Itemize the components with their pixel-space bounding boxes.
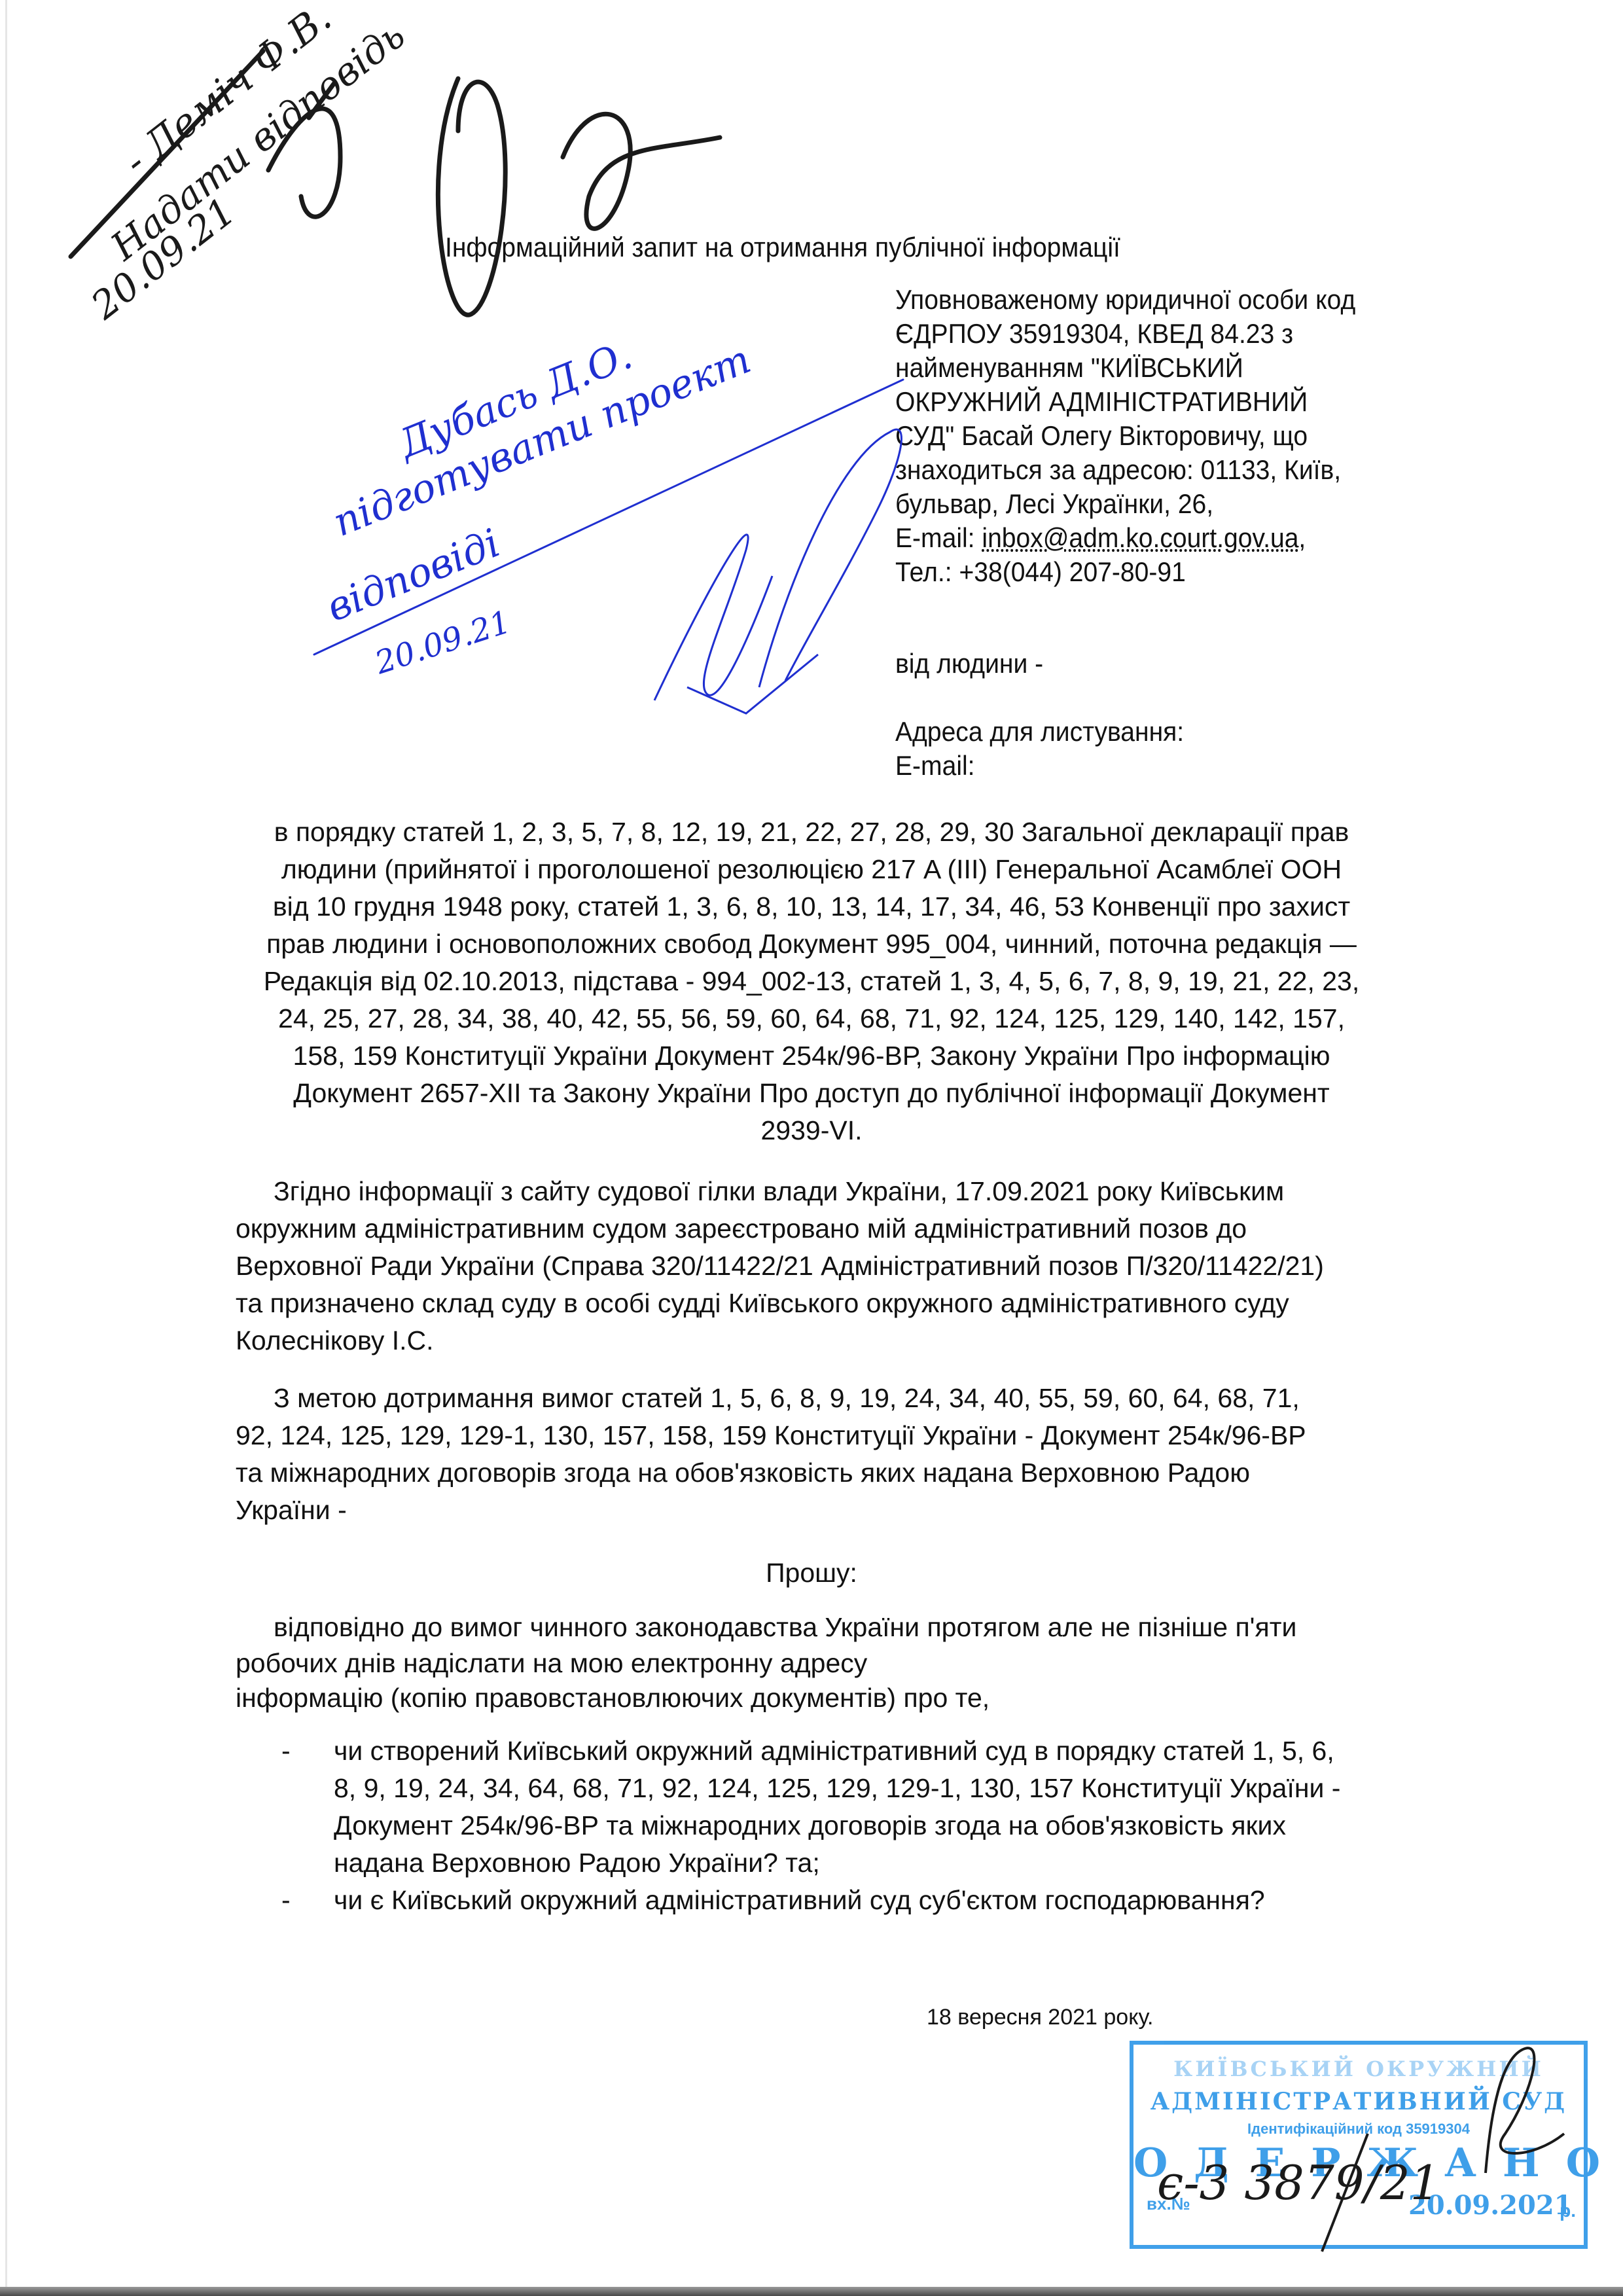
paragraph-line: від 10 грудня 1948 року, статей 1, 3, 6,…	[236, 888, 1387, 925]
paragraph-line: інформацію (копію правовстановлюючих док…	[236, 1681, 1387, 1715]
resolution-annotation-icon: - Деміч Ф.В. Надати відповідь 20.09.21	[71, 0, 720, 329]
addressee-email-line: E-mail: inbox@adm.ko.court.gov.ua,	[895, 521, 1443, 555]
paragraph-line: відповідно до вимог чинного законодавств…	[236, 1609, 1387, 1646]
paragraph-line: Колеснікову І.С.	[236, 1322, 1387, 1359]
scanned-document-page: Інформаційний запит на отримання публічн…	[0, 0, 1623, 2296]
paragraph-line: 158, 159 Конституції України Документ 25…	[236, 1037, 1387, 1075]
email-suffix: ,	[1298, 522, 1306, 553]
question-line: 8, 9, 19, 24, 34, 64, 68, 71, 92, 124, 1…	[334, 1770, 1452, 1807]
scan-left-edge	[5, 0, 7, 2296]
svg-text:Надати відповідь: Надати відповідь	[102, 12, 413, 269]
question-item: - чи є Київський окружний адміністративн…	[274, 1882, 1452, 1919]
paragraph-line: З метою дотримання вимог статей 1, 5, 6,…	[236, 1380, 1387, 1417]
paragraph-line: робочих днів надіслати на мою електронну…	[236, 1646, 1387, 1681]
bullet-dash: -	[281, 1732, 291, 1770]
questions-list: - чи створений Київський окружний адміні…	[274, 1732, 1452, 1919]
question-item: - чи створений Київський окружний адміні…	[274, 1732, 1452, 1882]
paragraph-line: та міжнародних договорів згода на обов'я…	[236, 1454, 1387, 1492]
svg-text:- Деміч Ф.В.: - Деміч Ф.В.	[115, 0, 340, 185]
svg-text:20.09.21: 20.09.21	[82, 188, 243, 328]
blue-strike-line-icon	[314, 380, 903, 655]
addressee-phone: Тел.: +38(044) 207-80-91	[895, 555, 1443, 589]
paragraph-line: України -	[236, 1492, 1387, 1529]
paragraph-line: 24, 25, 27, 28, 34, 38, 40, 42, 55, 56, …	[236, 1000, 1387, 1037]
svg-text:підготувати проект: підготувати проект	[327, 336, 757, 546]
svg-text:20.09.21: 20.09.21	[370, 603, 515, 682]
addressee-line: ОКРУЖНИЙ АДМІНІСТРАТИВНИЙ	[895, 385, 1443, 419]
paragraph-line: прав людини і основоположних свобод Доку…	[236, 925, 1387, 963]
addressee-line: Уповноваженому юридичної особи код	[895, 283, 1443, 317]
stamp-court-name-line2: АДМІНІСТРАТИВНИЙ СУД	[1133, 2088, 1584, 2115]
request-paragraph: відповідно до вимог чинного законодавств…	[236, 1609, 1387, 1715]
svg-text:Дубась Д.О.: Дубась Д.О.	[391, 332, 639, 468]
addressee-line: СУД" Басай Олегу Вікторовичу, що	[895, 419, 1443, 453]
sender-block: від людини - Адреса для листування: E-ma…	[895, 647, 1321, 783]
received-stamp: КИЇВСЬКИЙ ОКРУЖНИЙ АДМІНІСТРАТИВНИЙ СУД …	[1130, 2041, 1588, 2249]
question-line: надана Верховною Радою України? та;	[334, 1844, 1452, 1882]
email-label: E-mail:	[895, 522, 982, 553]
svg-text:відповіді: відповіді	[320, 520, 506, 631]
stamp-court-name-line1: КИЇВСЬКИЙ ОКРУЖНИЙ	[1133, 2056, 1584, 2081]
paragraph-line: Згідно інформації з сайту судової гілки …	[236, 1173, 1387, 1210]
stamp-incoming-label: вх.№	[1147, 2194, 1190, 2214]
addressee-line: ЄДРПОУ 35919304, КВЕД 84.23 з	[895, 317, 1443, 351]
purpose-paragraph: З метою дотримання вимог статей 1, 5, 6,…	[236, 1380, 1387, 1529]
request-heading: Прошу:	[0, 1554, 1623, 1592]
court-email-link[interactable]: inbox@adm.ko.court.gov.ua	[982, 522, 1298, 553]
executor-note-icon: Дубась Д.О. підготувати проект відповіді…	[320, 332, 757, 682]
legal-basis-paragraph: в порядку статей 1, 2, 3, 5, 7, 8, 12, 1…	[236, 814, 1387, 1149]
signature-icon	[654, 429, 901, 713]
case-background-paragraph: Згідно інформації з сайту судової гілки …	[236, 1173, 1387, 1359]
question-line: чи є Київський окружний адміністративний…	[334, 1882, 1452, 1919]
addressee-line: бульвар, Лесі Українки, 26,	[895, 487, 1443, 521]
scan-bottom-edge	[0, 2287, 1623, 2296]
paragraph-line: Редакція від 02.10.2013, підстава - 994_…	[236, 963, 1387, 1000]
paragraph-line: Документ 2657-XII та Закону України Про …	[236, 1075, 1387, 1112]
paragraph-line: окружним адміністративним судом зареєстр…	[236, 1210, 1387, 1247]
bullet-dash: -	[281, 1882, 291, 1919]
question-line: чи створений Київський окружний адмініст…	[334, 1732, 1452, 1770]
paragraph-line: та призначено склад суду в особі судді К…	[236, 1285, 1387, 1322]
stamp-received-date: 20.09.2021	[1408, 2190, 1573, 2221]
stamp-year-suffix: р.	[1560, 2200, 1576, 2221]
stamp-received-label: ОДЕРЖАНО	[1133, 2140, 1584, 2186]
addressee-line: знаходиться за адресою: 01133, Київ,	[895, 453, 1443, 487]
paragraph-line: в порядку статей 1, 2, 3, 5, 7, 8, 12, 1…	[236, 814, 1387, 851]
paragraph-line: 2939-VI.	[236, 1112, 1387, 1149]
addressee-line: найменуванням "КИЇВСЬКИЙ	[895, 351, 1443, 385]
sender-from-label: від людини -	[895, 647, 1321, 681]
paragraph-line: людини (прийнятої і проголошеної резолюц…	[236, 851, 1387, 888]
question-line: Документ 254к/96-ВР та міжнародних догов…	[334, 1807, 1452, 1844]
document-title: Інформаційний запит на отримання публічн…	[445, 228, 1175, 267]
addressee-block: Уповноваженому юридичної особи код ЄДРПО…	[895, 283, 1443, 589]
paragraph-line: Верховної Ради України (Справа 320/11422…	[236, 1247, 1387, 1285]
paragraph-line: 92, 124, 125, 129, 129-1, 130, 157, 158,…	[236, 1417, 1387, 1454]
document-date: 18 вересня 2021 року.	[927, 2003, 1154, 2032]
stamp-id-code: Ідентифікаційний код 35919304	[1133, 2121, 1584, 2138]
sender-address-label: Адреса для листування:	[895, 715, 1321, 749]
sender-email-label: E-mail:	[895, 749, 1321, 783]
